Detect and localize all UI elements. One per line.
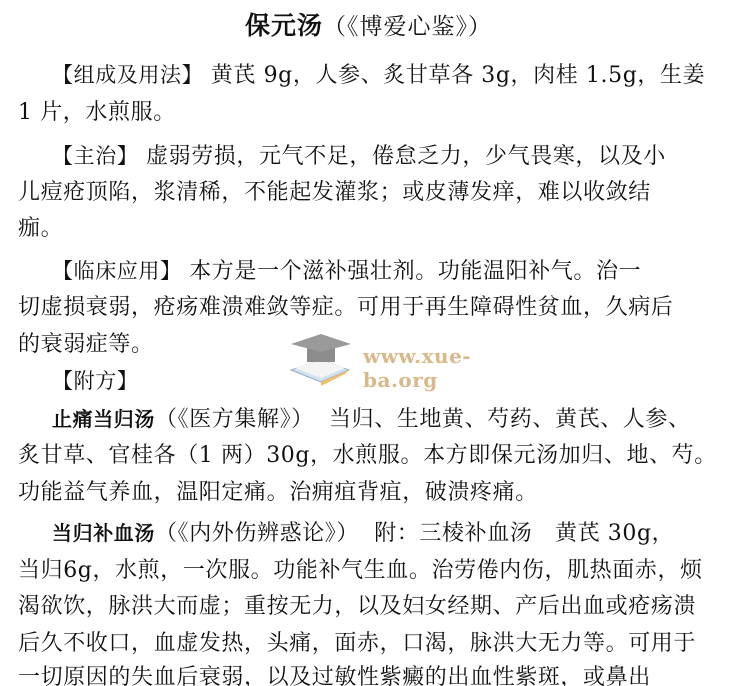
formula2-line-1: 当归补血汤（《内外伤辨惑论》） 附：三棱补血汤 黄芪 30g，: [52, 518, 723, 549]
indications-line-3: 痂。: [18, 214, 723, 244]
composition-line-1: 【组成及用法】 黄芪 9g，人参、炙甘草各 3g，肉桂 1.5g，生姜: [52, 60, 723, 91]
appendix-heading: 【附方】: [52, 369, 138, 393]
formula1-line-3: 功能益气养血，温阳定痛。治痈疽背疽，破溃疼痛。: [18, 478, 723, 508]
clinical-line-1: 【临床应用】 本方是一个滋补强壮剂。功能温阳补气。治一: [52, 256, 723, 287]
formula1-name: 止痛当归汤: [52, 407, 155, 431]
composition-heading: 【组成及用法】: [52, 63, 203, 87]
composition-line-2: 1 片，水煎服。: [18, 98, 723, 128]
indications-heading: 【主治】: [52, 144, 138, 168]
clinical-text: 本方是一个滋补强壮剂。功能温阳补气。治一: [189, 259, 641, 284]
indications-text: 虚弱劳损，元气不足，倦怠乏力，少气畏寒，以及小: [146, 144, 666, 169]
composition-text: 黄芪 9g，人参、炙甘草各 3g，肉桂 1.5g，生姜: [211, 63, 705, 88]
formula1-source: （《医方集解》）: [155, 407, 314, 432]
clinical-line-2: 切虚损衰弱，疮疡难溃难敛等症。可用于再生障碍性贫血，久病后: [18, 293, 723, 323]
formula2-name: 当归补血汤: [52, 521, 155, 545]
formula1-line-1: 止痛当归汤（《医方集解》） 当归、生地黄、芍药、黄芪、人参、: [52, 404, 723, 435]
formula-source: （《博爱心鉴》）: [323, 14, 492, 40]
page-title: 保元汤（《博爱心鉴》）: [0, 6, 737, 42]
formula2-line-5: 一切原因的失血后衰弱，以及过敏性紫癜的出血性紫斑，或鼻出: [18, 663, 723, 686]
formula2-source: （《内外伤辨惑论》）: [155, 521, 359, 546]
formula2-line-2: 当归6g，水煎，一次服。功能补气生血。治劳倦内伤，肌热面赤，烦: [18, 556, 723, 586]
appendix-heading-line: 【附方】: [52, 366, 723, 397]
formula1-text: 当归、生地黄、芍药、黄芪、人参、: [329, 407, 691, 432]
formula2-line-4: 后久不收口，血虚发热，头痛，面赤，口渴，脉洪大无力等。可用于: [18, 629, 723, 659]
indications-line-1: 【主治】 虚弱劳损，元气不足，倦怠乏力，少气畏寒，以及小: [52, 141, 723, 172]
formula2-text: 附：三棱补血汤 黄芪 30g，: [374, 521, 674, 546]
indications-line-2: 儿痘疮顶陷，浆清稀，不能起发灌浆；或皮薄发痒，难以收敛结: [18, 178, 723, 208]
formula1-line-2: 炙甘草、官桂各（1 两）30g，水煎服。本方即保元汤加归、地、芍。: [18, 441, 723, 471]
clinical-heading: 【临床应用】: [52, 259, 182, 283]
formula2-line-3: 渴欲饮，脉洪大而虚；重按无力，以及妇女经期、产后出血或疮疡溃: [18, 592, 723, 622]
formula-name: 保元汤: [245, 11, 323, 40]
